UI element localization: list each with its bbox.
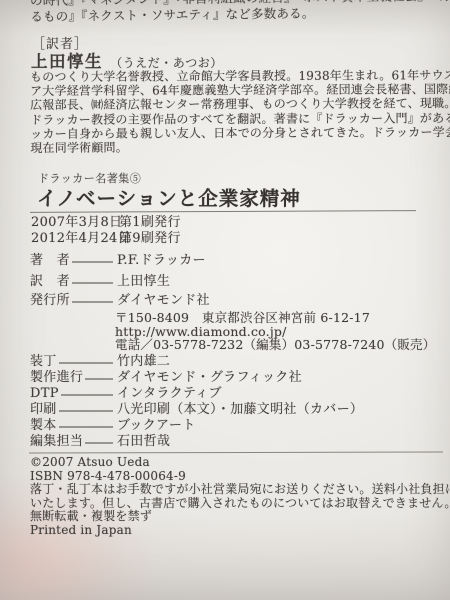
leader-dash bbox=[72, 301, 113, 302]
leader-dash bbox=[85, 443, 113, 444]
colophon-row-dtp: DTP インタラクティブ bbox=[30, 387, 432, 402]
colophon-label: 編集担当 bbox=[30, 435, 83, 450]
colophon-labelbox: 製本 bbox=[30, 419, 115, 434]
leader-dash bbox=[59, 362, 113, 363]
colophon-value: P.F.ドラッカー bbox=[115, 254, 206, 269]
colophon-value: 竹内雄二 bbox=[115, 355, 170, 370]
translator-bio: ものつくり大学名誉教授、立命館大学客員教授。1938年生まれ。61年サウスジョー… bbox=[30, 68, 446, 155]
rights-line: 無断転載・複製を禁ず bbox=[30, 510, 446, 524]
colophon-value: 石田哲哉 bbox=[115, 435, 170, 450]
print-edition: 第9刷発行 bbox=[119, 231, 181, 246]
colophon-row-binding: 製本 ブックアート bbox=[30, 419, 432, 434]
colophon-value: ダイヤモンド社 bbox=[115, 294, 210, 309]
colophon-label: 訳 者 bbox=[30, 275, 70, 290]
colophon-row-printing: 印刷 八光印刷（本文）・加藤文明社（カバー） bbox=[30, 403, 432, 418]
colophon-value: 八光印刷（本文）・加藤文明社（カバー） bbox=[115, 403, 363, 418]
printing-history: 2007年3月8日第1刷発行 2012年4月24日第9刷発行 bbox=[31, 215, 181, 246]
printing-history-row: 2012年4月24日第9刷発行 bbox=[31, 231, 181, 247]
colophon-labelbox: 印刷 bbox=[30, 403, 115, 418]
colophon-label: 印刷 bbox=[30, 403, 57, 418]
translator-name-kana: （うえだ・あつお） bbox=[110, 56, 223, 70]
colophon-labelbox: 編集担当 bbox=[30, 435, 115, 450]
leader-dash bbox=[72, 261, 113, 262]
return-notice-line: 落丁・乱丁本はお手数ですが小社営業局宛にお送りください。送料小社負担にてお取替え bbox=[30, 483, 446, 497]
colophon-value: 上田惇生 bbox=[115, 275, 170, 290]
print-date: 2007年3月8日 bbox=[31, 215, 119, 231]
bio-line: 現在同学術顧問。 bbox=[30, 139, 446, 155]
print-date: 2012年4月24日 bbox=[31, 231, 119, 247]
leader-dash bbox=[61, 394, 113, 395]
footer-legal: ©2007 Atsuo Ueda ISBN 978-4-478-00064-9 … bbox=[30, 456, 446, 538]
publisher-details: 〒150-8409 東京都渋谷区神宮前 6-12-17 http://www.d… bbox=[115, 311, 432, 352]
leader-dash bbox=[59, 410, 113, 411]
translator-name-kanji: 上田惇生 bbox=[31, 52, 103, 71]
leader-dash bbox=[59, 426, 113, 427]
colophon-labelbox: 発行所 bbox=[30, 294, 115, 309]
colophon-value: インタラクティブ bbox=[115, 387, 222, 402]
colophon-credits: 著 者 P.F.ドラッカー 訳 者 上田惇生 発行所 ダイヤモンド社 〒150-… bbox=[30, 254, 432, 451]
colophon-row-editor: 編集担当 石田哲哉 bbox=[30, 435, 432, 450]
colophon-row-cover-design: 装丁 竹内雄二 bbox=[30, 355, 432, 370]
book-colophon-page-photo: の時代』『マネジメント』『非営利組織の経営』『ポスト資本主義社会』『明日を支配す… bbox=[0, 0, 450, 600]
copyright-line: ©2007 Atsuo Ueda bbox=[30, 456, 446, 470]
publisher-address: 〒150-8409 東京都渋谷区神宮前 6-12-17 bbox=[115, 311, 432, 325]
leader-dash bbox=[72, 282, 113, 283]
colophon-row-publisher: 発行所 ダイヤモンド社 bbox=[30, 294, 432, 309]
book-title: イノベーションと企業家精神 bbox=[37, 183, 301, 211]
colophon-row-production: 製作進行 ダイヤモンド・グラフィック社 bbox=[30, 371, 432, 386]
colophon-label: DTP bbox=[30, 387, 59, 402]
colophon-labelbox: 製作進行 bbox=[30, 371, 115, 386]
colophon-labelbox: DTP bbox=[30, 387, 115, 402]
printing-history-row: 2007年3月8日第1刷発行 bbox=[31, 215, 181, 231]
publisher-phone: 電話／03-5778-7232（編集）03-5778-7240（販売） bbox=[115, 338, 432, 352]
colophon-label: 製作進行 bbox=[30, 371, 83, 386]
colophon-label: 製本 bbox=[30, 419, 57, 434]
bio-line: 広報部長、㈶経済広報センター常務理事、ものつくり大学教授を経て、現職。 bbox=[30, 97, 446, 113]
colophon-value: ダイヤモンド・グラフィック社 bbox=[115, 371, 302, 386]
works-list-paragraph: の時代』『マネジメント』『非営利組織の経営』『ポスト資本主義社会』『明日を支配す… bbox=[30, 0, 448, 25]
colophon-value: ブックアート bbox=[115, 419, 196, 434]
bio-line: ッカー自身から最も親しい友人、日本での分身とされてきた。ドラッカー学会初代代表、 bbox=[30, 125, 446, 141]
colophon-row-author: 著 者 P.F.ドラッカー bbox=[30, 254, 432, 269]
bio-line: ドラッカー教授の主要作品のすべてを翻訳。著書に『ドラッカー入門』がある。ドラ bbox=[30, 111, 446, 127]
printed-in-japan: Printed in Japan bbox=[30, 524, 446, 538]
colophon-label: 装丁 bbox=[30, 355, 57, 370]
print-edition: 第1刷発行 bbox=[119, 215, 181, 230]
footer-divider bbox=[29, 451, 443, 453]
colophon-row-translator: 訳 者 上田惇生 bbox=[30, 275, 432, 290]
colophon-labelbox: 装丁 bbox=[30, 355, 115, 370]
leader-dash bbox=[85, 378, 113, 379]
colophon-labelbox: 著 者 bbox=[30, 254, 115, 269]
colophon-labelbox: 訳 者 bbox=[30, 275, 115, 290]
colophon-label: 著 者 bbox=[30, 254, 70, 269]
colophon-label: 発行所 bbox=[30, 294, 70, 309]
